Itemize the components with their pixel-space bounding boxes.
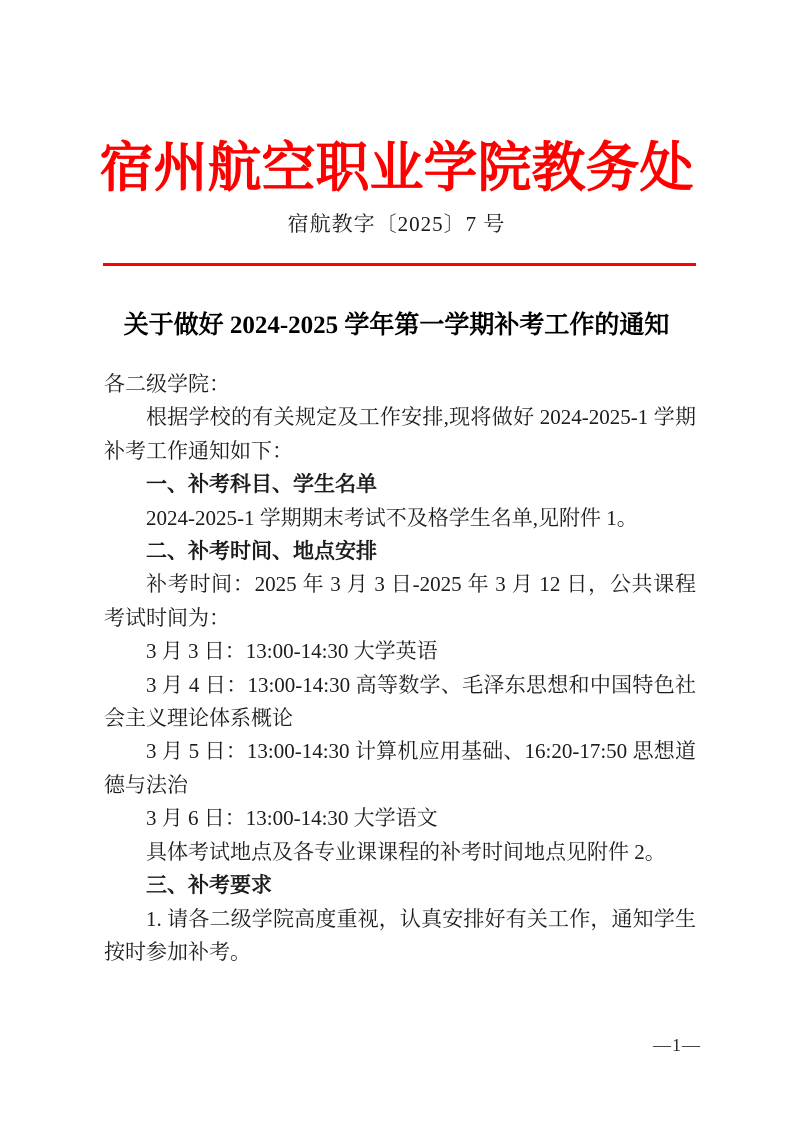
body-paragraph: 2024-2025-1 学期期末考试不及格学生名单,见附件 1。 xyxy=(104,502,696,535)
section-heading: 二、补考时间、地点安排 xyxy=(104,535,696,568)
notice-body: 各二级学院：根据学校的有关规定及工作安排,现将做好 2024-2025-1 学期… xyxy=(104,368,696,969)
agency-title: 宿州航空职业学院教务处 xyxy=(0,140,793,197)
document-page: 宿州航空职业学院教务处 宿航教字〔2025〕7 号 关于做好 2024-2025… xyxy=(0,0,793,1122)
section-heading: 三、补考要求 xyxy=(104,869,696,902)
body-paragraph: 3 月 3 日：13:00-14:30 大学英语 xyxy=(104,635,696,668)
section-heading: 一、补考科目、学生名单 xyxy=(104,468,696,501)
body-paragraph: 1. 请各二级学院高度重视，认真安排好有关工作，通知学生按时参加补考。 xyxy=(104,903,696,970)
body-paragraph: 3 月 6 日：13:00-14:30 大学语文 xyxy=(104,802,696,835)
notice-title: 关于做好 2024-2025 学年第一学期补考工作的通知 xyxy=(0,305,793,341)
body-paragraph: 各二级学院： xyxy=(104,368,696,401)
red-divider-line xyxy=(103,263,696,266)
body-paragraph: 具体考试地点及各专业课课程的补考时间地点见附件 2。 xyxy=(104,836,696,869)
doc-number: 宿航教字〔2025〕7 号 xyxy=(0,208,793,238)
body-paragraph: 3 月 4 日：13:00-14:30 高等数学、毛泽东思想和中国特色社会主义理… xyxy=(104,669,696,736)
body-paragraph: 根据学校的有关规定及工作安排,现将做好 2024-2025-1 学期补考工作通知… xyxy=(104,401,696,468)
body-paragraph: 3 月 5 日：13:00-14:30 计算机应用基础、16:20-17:50 … xyxy=(104,735,696,802)
body-paragraph: 补考时间：2025 年 3 月 3 日-2025 年 3 月 12 日，公共课程… xyxy=(104,568,696,635)
page-number: —1— xyxy=(653,1035,701,1056)
